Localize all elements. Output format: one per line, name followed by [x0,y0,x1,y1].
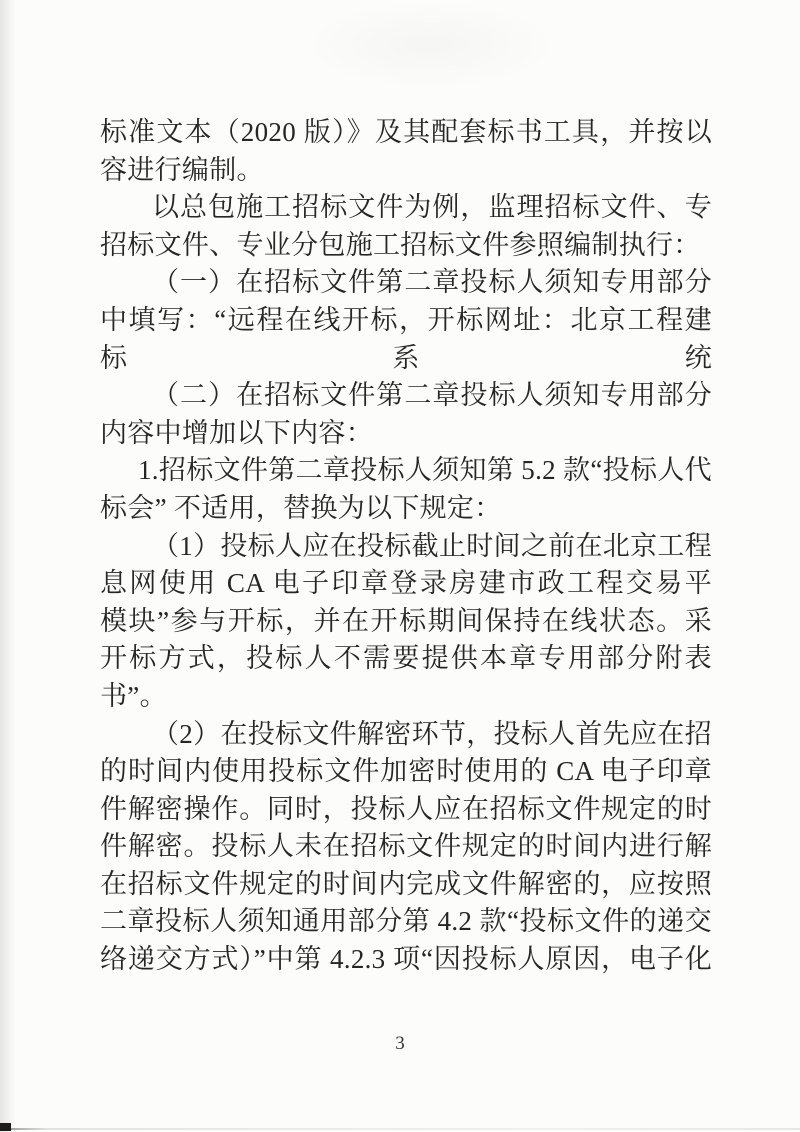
text-line: 络递交方式）”中第 4.2.3 项“因投标人原因，电子化平台无法 [100,941,712,979]
text-line: 息网使用 CA 电子印章登录房建市政工程交易平台“远程开标 [100,565,712,603]
text-line: （一）在招标文件第二章投标人须知专用部分 5.1 开标地点 [100,264,712,302]
text-line: 标准文本（2020 版）》及其配套标书工具，并按以下规定的内 [100,114,712,152]
text-line: 中填写：“远程在线开标，开标网址：北京工程建设远程在线开 [100,302,712,340]
text-line: 件解密操作。同时，投标人应在招标文件规定的时间内完成文 [100,791,712,829]
scan-shadow-left [0,0,16,1132]
text-line: 模块”参与开标，并在开标期间保持在线状态。采用远程在线 [100,603,712,641]
text-line: 二章投标人须知通用部分第 4.2 款“投标文件的递交（适用于网 [100,903,712,941]
text-line: 标系统（http://www.bcactc.com/home/onlineoff… [100,340,712,378]
scan-smudge-top [300,0,560,90]
document-page: 标准文本（2020 版）》及其配套标书工具，并按以下规定的内 容进行编制。 以总… [0,0,800,1132]
text-line: 件解密。投标人未在招标文件规定的时间内进行解密操作或未 [100,828,712,866]
text-line: 容进行编制。 [100,152,712,190]
text-line: （1）投标人应在投标截止时间之前在北京工程建设交易信 [100,528,712,566]
text-line: （二）在招标文件第二章投标人须知专用部分 12.其他补充 [100,377,712,415]
text-line: 标会” 不适用，替换为以下规定： [100,490,712,528]
document-body: 标准文本（2020 版）》及其配套标书工具，并按以下规定的内 容进行编制。 以总… [100,114,712,979]
page-number: 3 [0,1033,800,1055]
text-line: 1.招标文件第二章投标人须知第 5.2 款“投标人代表出席开 [100,452,712,490]
text-line: 开标方式，投标人不需要提供本章专用部分附表一“授权委托 [100,640,712,678]
text-line: （2）在投标文件解密环节，投标人首先应在招标文件规定 [100,716,712,754]
text-line: 招标文件、专业分包施工招标文件参照编制执行： [100,227,712,265]
text-line: 书”。 [100,678,712,716]
text-line: 内容中增加以下内容： [100,415,712,453]
scan-streak-bottom [0,1128,800,1130]
text-line: 在招标文件规定的时间内完成文件解密的，应按照招标文件第 [100,866,712,904]
text-line: 以总包施工招标文件为例，监理招标文件、专业承包施工 [100,189,712,227]
text-line: 的时间内使用投标文件加密时使用的 CA 电子印章进行投标文 [100,753,712,791]
scan-corner-mark [0,1123,11,1131]
